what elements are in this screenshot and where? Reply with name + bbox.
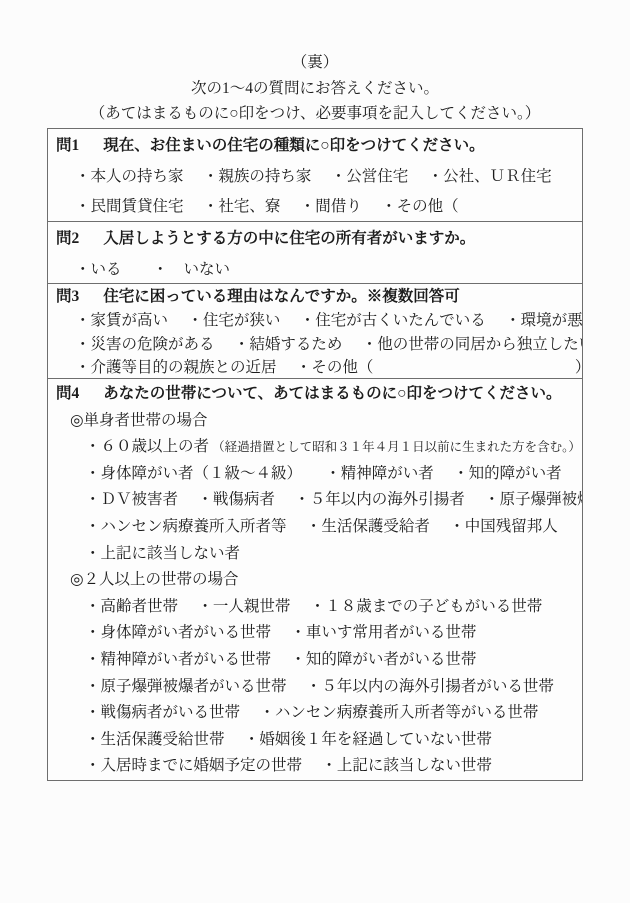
page-side-label: （裏）: [0, 50, 630, 72]
question-3-section: 問3住宅に困っている理由はなんですか。※複数回答可 ・家賃が高い ・住宅が狭い …: [48, 284, 582, 379]
q4-single-household-header: ◎単身者世帯の場合: [48, 408, 582, 435]
q4-single-option-line-5: ・上記に該当しない者: [48, 541, 582, 568]
question-3-title: 住宅に困っている理由はなんですか。※複数回答可: [103, 288, 460, 305]
question-1-section: 問1現在、お住まいの住宅の種類に○印をつけてください。 ・本人の持ち家 ・親族の…: [48, 129, 582, 222]
q4-single-option-line-2: ・身体障がい者（１級～４級） ・精神障がい者 ・知的障がい者: [48, 461, 582, 488]
question-1-heading: 問1現在、お住まいの住宅の種類に○印をつけてください。: [48, 131, 582, 162]
instruction-main: 次の1～4の質問にお答えください。: [0, 76, 630, 98]
q4-multi-household-header: ◎２人以上の世帯の場合: [48, 567, 582, 594]
q4-single-option-line-3: ・ＤＶ被害者 ・戦傷病者 ・５年以内の海外引揚者 ・原子爆弾被爆者: [48, 487, 582, 514]
q4-multi-option-line-3: ・精神障がい者がいる世帯 ・知的障がい者がいる世帯: [48, 647, 582, 674]
question-2-title: 入居しようとする方の中に住宅の所有者がいますか。: [103, 230, 475, 247]
question-2-options-line-1: ・いる ・ いない: [48, 255, 582, 285]
q4-multi-option-line-7: ・入居時までに婚姻予定の世帯 ・上記に該当しない世帯: [48, 753, 582, 780]
q4-multi-option-line-6: ・生活保護受給世帯 ・婚姻後１年を経過していない世帯: [48, 727, 582, 754]
q4-single-option-age60-main: ・６０歳以上の者: [85, 438, 209, 455]
q4-single-option-line-4: ・ハンセン病療養所入所者等 ・生活保護受給者 ・中国残留邦人: [48, 514, 582, 541]
question-1-number: 問1: [56, 131, 79, 162]
q4-multi-option-line-1: ・高齢者世帯 ・一人親世帯 ・１８歳までの子どもがいる世帯: [48, 594, 582, 621]
instruction-sub: （あてはまるものに○印をつけ、必要事項を記入してください。）: [0, 101, 630, 123]
question-table: 問1現在、お住まいの住宅の種類に○印をつけてください。 ・本人の持ち家 ・親族の…: [47, 128, 583, 781]
question-4-section: 問4あなたの世帯について、あてはまるものに○印をつけてください。 ◎単身者世帯の…: [48, 379, 582, 780]
q4-multi-option-line-2: ・身体障がい者がいる世帯 ・車いす常用者がいる世帯: [48, 620, 582, 647]
question-3-options-line-3: ・介護等目的の親族との近居 ・その他（ ）: [48, 356, 582, 379]
question-2-number: 問2: [56, 224, 79, 255]
question-3-options-line-1: ・家賃が高い ・住宅が狭い ・住宅が古くいたんでいる ・環境が悪い: [48, 309, 582, 333]
q4-single-option-age60-note: （経過措置として昭和３１年４月１日以前に生まれた方を含む。）: [209, 440, 581, 454]
q4-multi-option-line-4: ・原子爆弾被爆者がいる世帯 ・５年以内の海外引揚者がいる世帯: [48, 674, 582, 701]
q4-single-option-age60: ・６０歳以上の者 （経過措置として昭和３１年４月１日以前に生まれた方を含む。）: [48, 434, 582, 461]
question-4-heading: 問4あなたの世帯について、あてはまるものに○印をつけてください。: [48, 381, 582, 408]
question-3-options-line-2: ・災害の危険がある ・結婚するため ・他の世帯の同居から独立したい: [48, 333, 582, 357]
q4-multi-option-line-5: ・戦傷病者がいる世帯 ・ハンセン病療養所入所者等がいる世帯: [48, 700, 582, 727]
question-4-number: 問4: [56, 381, 79, 408]
question-4-title: あなたの世帯について、あてはまるものに○印をつけてください。: [103, 385, 561, 402]
question-3-heading: 問3住宅に困っている理由はなんですか。※複数回答可: [48, 285, 582, 309]
document-page: （裏） 次の1～4の質問にお答えください。 （あてはまるものに○印をつけ、必要事…: [0, 0, 630, 903]
question-1-title: 現在、お住まいの住宅の種類に○印をつけてください。: [103, 137, 484, 154]
question-2-heading: 問2入居しようとする方の中に住宅の所有者がいますか。: [48, 224, 582, 255]
question-3-number: 問3: [56, 285, 79, 309]
question-1-options-line-1: ・本人の持ち家 ・親族の持ち家 ・公営住宅 ・公社、ＵＲ住宅: [48, 162, 582, 193]
question-1-options-line-2: ・民間賃貸住宅 ・社宅、寮 ・間借り ・その他（ ）: [48, 192, 582, 222]
question-2-section: 問2入居しようとする方の中に住宅の所有者がいますか。 ・いる ・ いない: [48, 222, 582, 284]
